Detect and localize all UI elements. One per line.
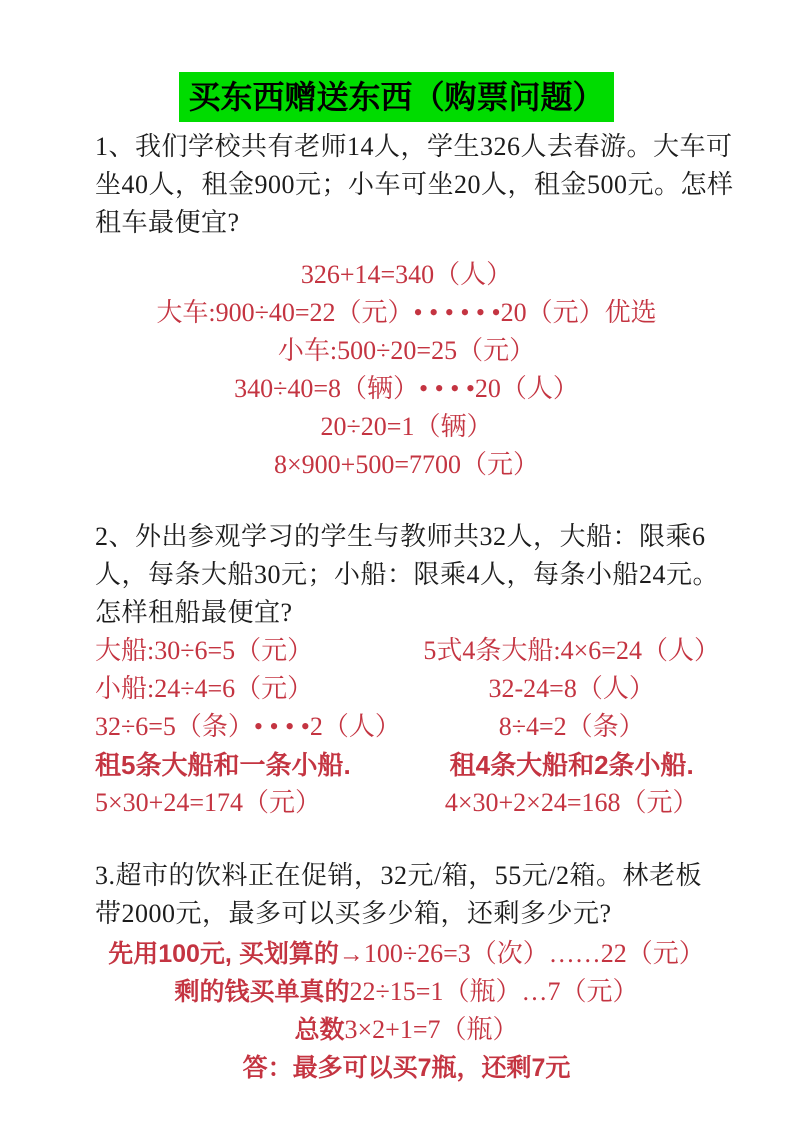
statement-line: 租车最便宜? bbox=[95, 204, 748, 242]
solution-line: 大车:900÷40=22（元）• • • • • •20（元）优选 bbox=[60, 294, 753, 332]
solution-line: 小船:24÷4=6（元） bbox=[95, 670, 422, 708]
statement-line: 带2000元，最多可以买多少箱，还剩多少元? bbox=[95, 895, 748, 933]
solution-line: 先用100元, 买划算的→100÷26=3（次）……22（元） bbox=[60, 935, 753, 973]
solution-formula: 22÷15=1（瓶）…7（元） bbox=[350, 977, 639, 1006]
answer-text-bold: 答：最多可以买7瓶，还剩7元 bbox=[243, 1054, 571, 1082]
solution-line: 326+14=340（人） bbox=[60, 256, 753, 294]
solution-line: 剩的钱买单真的22÷15=1（瓶）…7（元） bbox=[60, 973, 753, 1011]
problem-2-statement: 2、外出参观学习的学生与教师共32人，大船：限乘6 人，每条大船30元；小船：限… bbox=[0, 518, 793, 632]
solution-formula: 100÷26=3（次）……22（元） bbox=[364, 939, 705, 968]
solution-line: 5式4条大船:4×6=24（人） bbox=[422, 632, 722, 670]
solution-line: 租5条大船和一条小船. bbox=[95, 746, 422, 784]
solution-line: 小车:500÷20=25（元） bbox=[60, 332, 753, 370]
solution-line: 5×30+24=174（元） bbox=[95, 784, 422, 822]
solution-line: 340÷40=8（辆）• • • •20（人） bbox=[60, 370, 753, 408]
page-title: 买东西赠送东西（购票问题） bbox=[179, 72, 613, 122]
solution-text-bold: 总数 bbox=[294, 1016, 344, 1044]
solution-line: 8÷4=2（条） bbox=[422, 708, 722, 746]
solution-formula: 3×2+1=7（瓶） bbox=[345, 1015, 519, 1044]
solution-text-bold: 剩的钱买单真的 bbox=[175, 978, 350, 1006]
statement-line: 人，每条大船30元；小船：限乘4人，每条小船24元。 bbox=[95, 556, 748, 594]
problem-3-solutions: 先用100元, 买划算的→100÷26=3（次）……22（元） 剩的钱买单真的2… bbox=[0, 935, 793, 1087]
answer-line: 答：最多可以买7瓶，还剩7元 bbox=[60, 1049, 753, 1087]
solution-line: 大船:30÷6=5（元） bbox=[95, 632, 422, 670]
problem-1-statement: 1、我们学校共有老师14人，学生326人去春游。大车可 坐40人，租金900元；… bbox=[0, 128, 793, 242]
problem-1-solutions: 326+14=340（人） 大车:900÷40=22（元）• • • • • •… bbox=[0, 256, 793, 484]
solution-line: 8×900+500=7700（元） bbox=[60, 446, 753, 484]
statement-line: 怎样租船最便宜? bbox=[95, 594, 748, 632]
solution-line: 32÷6=5（条）• • • •2（人） bbox=[95, 708, 422, 746]
solution-text-bold: 先用100元, 买划算的→ bbox=[108, 940, 364, 968]
worksheet-page: 买东西赠送东西（购票问题） 1、我们学校共有老师14人，学生326人去春游。大车… bbox=[0, 0, 793, 1121]
statement-line: 3.超市的饮料正在促销，32元/箱，55元/2箱。林老板 bbox=[95, 857, 748, 895]
title-row: 买东西赠送东西（购票问题） bbox=[0, 0, 793, 122]
solution-line: 20÷20=1（辆） bbox=[60, 408, 753, 446]
statement-line: 2、外出参观学习的学生与教师共32人，大船：限乘6 bbox=[95, 518, 748, 556]
problem-2-solutions-left: 大船:30÷6=5（元） 小船:24÷4=6（元） 32÷6=5（条）• • •… bbox=[95, 632, 422, 822]
statement-line: 1、我们学校共有老师14人，学生326人去春游。大车可 bbox=[95, 128, 748, 166]
statement-line: 坐40人，租金900元；小车可坐20人，租金500元。怎样 bbox=[95, 166, 748, 204]
problem-3-statement: 3.超市的饮料正在促销，32元/箱，55元/2箱。林老板 带2000元，最多可以… bbox=[0, 857, 793, 933]
problem-2-solutions: 大船:30÷6=5（元） 小船:24÷4=6（元） 32÷6=5（条）• • •… bbox=[0, 632, 793, 822]
problem-2-solutions-right: 5式4条大船:4×6=24（人） 32-24=8（人） 8÷4=2（条） 租4条… bbox=[422, 632, 722, 822]
solution-line: 总数3×2+1=7（瓶） bbox=[60, 1011, 753, 1049]
solution-line: 租4条大船和2条小船. bbox=[422, 746, 722, 784]
solution-line: 4×30+2×24=168（元） bbox=[422, 784, 722, 822]
solution-line: 32-24=8（人） bbox=[422, 670, 722, 708]
